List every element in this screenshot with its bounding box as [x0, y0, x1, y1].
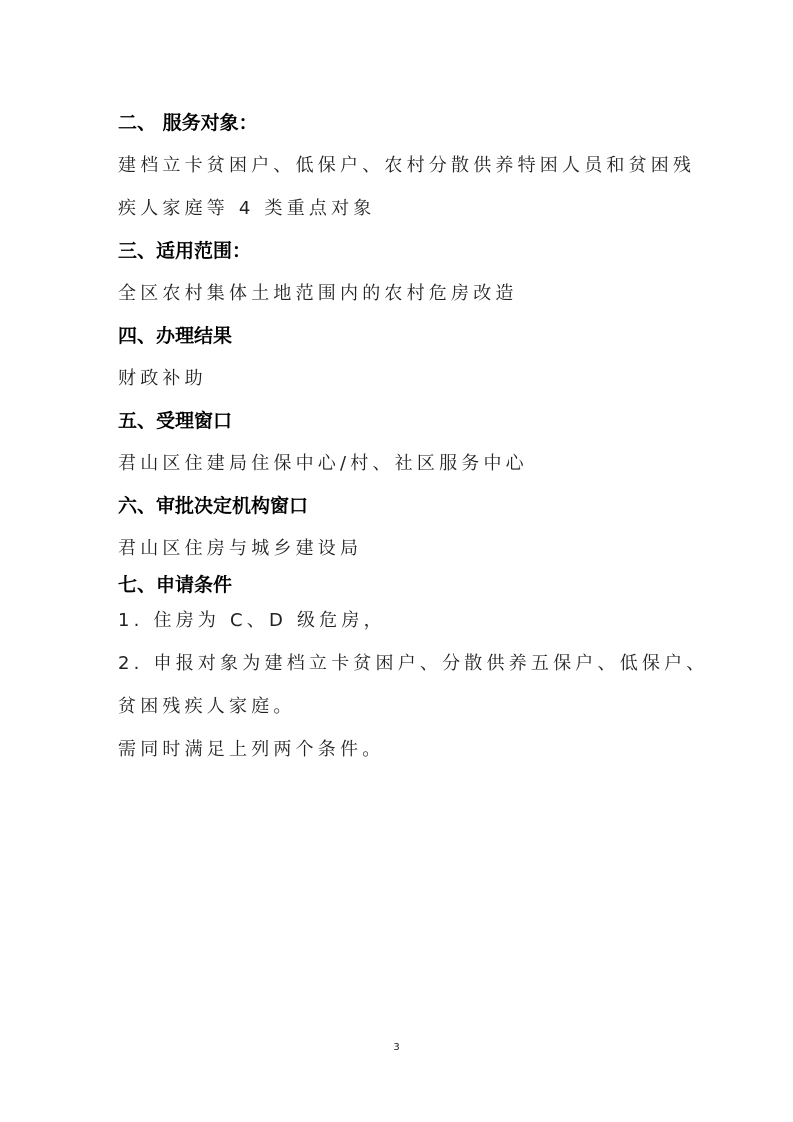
- condition-item: 2. 申报对象为建档立卡贫困户、分散供养五保户、低保户、: [118, 649, 709, 675]
- section-heading-scope: 三、适用范围：: [118, 236, 251, 263]
- section-text: 君山区住建局住保中心/村、社区服务中心: [118, 449, 528, 475]
- section-heading-approval-window: 六、审批决定机构窗口: [118, 491, 308, 518]
- section-heading-result: 四、办理结果: [118, 321, 232, 348]
- section-text: 建档立卡贫困户、低保户、农村分散供养特困人员和贫困残: [118, 151, 695, 177]
- section-text: 全区农村集体土地范围内的农村危房改造: [118, 279, 518, 305]
- section-text: 财政补助: [118, 364, 207, 390]
- condition-item: 贫困残疾人家庭。: [118, 692, 296, 718]
- document-page: 二、 服务对象： 建档立卡贫困户、低保户、农村分散供养特困人员和贫困残 疾人家庭…: [0, 0, 793, 1122]
- section-heading-conditions: 七、申请条件: [118, 570, 232, 597]
- section-text: 疾人家庭等 4 类重点对象: [118, 194, 376, 220]
- section-text: 君山区住房与城乡建设局: [118, 534, 362, 560]
- condition-item: 1. 住房为 C、D 级危房，: [118, 606, 386, 632]
- section-heading-service-target: 二、 服务对象：: [118, 108, 258, 135]
- page-number: 3: [0, 1042, 793, 1053]
- section-heading-acceptance-window: 五、受理窗口: [118, 406, 232, 433]
- condition-note: 需同时满足上列两个条件。: [118, 735, 384, 761]
